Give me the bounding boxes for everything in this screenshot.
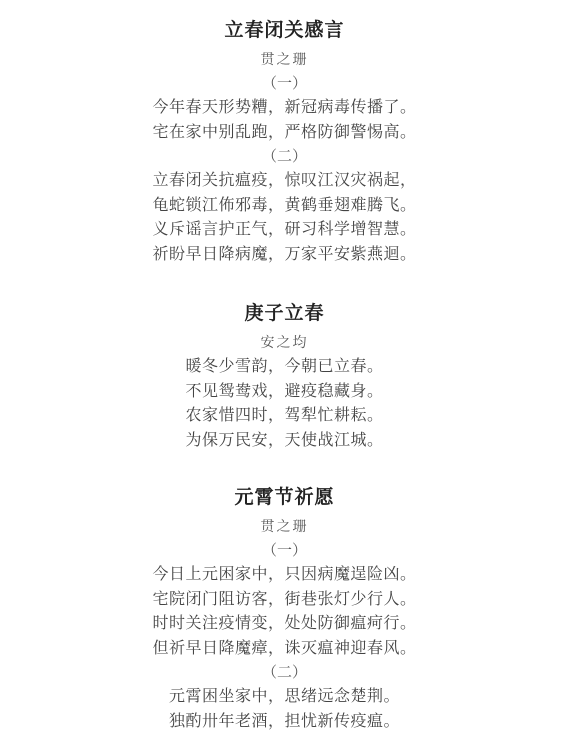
poem-line: 祈盼早日降病魔，万家平安紫燕迴。 bbox=[0, 242, 569, 267]
poem-line: 立春闭关抗瘟疫，惊叹江汉灾祸起， bbox=[0, 168, 569, 193]
poem-line: 时时关注疫情变，处处防御瘟疴行。 bbox=[0, 611, 569, 636]
poem-gengzi-lichun: 庚子立春 安之均 暖冬少雪韵，今朝已立春。 不见鸳鸯戏，避疫稳藏身。 农家惜四时… bbox=[0, 298, 569, 452]
section-label: （一） bbox=[0, 71, 569, 95]
poem-line: 农家惜四时，驾犁忙耕耘。 bbox=[0, 403, 569, 428]
poem-line: 暖冬少雪韵，今朝已立春。 bbox=[0, 354, 569, 379]
poem-line: 元霄困坐家中，思绪远念楚荆。 bbox=[0, 684, 569, 709]
poem-line: 宅在家中别乱跑，严格防御警惕高。 bbox=[0, 120, 569, 145]
poem-line: 宅院闭门阻访客，街巷张灯少行人。 bbox=[0, 587, 569, 612]
poem-line: 为保万民安，天使战江城。 bbox=[0, 428, 569, 453]
poem-line: 龟蛇锁江佈邪毒，黄鹤垂翅难腾飞。 bbox=[0, 193, 569, 218]
section-label: （二） bbox=[0, 660, 569, 684]
poem-line: 独酌卅年老酒，担忧新传疫瘟。 bbox=[0, 709, 569, 734]
poem-title: 元霄节祈愿 bbox=[0, 482, 569, 512]
poem-title: 庚子立春 bbox=[0, 298, 569, 328]
section-label: （二） bbox=[0, 144, 569, 168]
poem-yuanxiao-qiyuan: 元霄节祈愿 贯之珊 （一） 今日上元困家中，只因病魔逞险凶。 宅院闭门阻访客，街… bbox=[0, 482, 569, 733]
poem-line: 今日上元困家中，只因病魔逞险凶。 bbox=[0, 562, 569, 587]
poem-line: 不见鸳鸯戏，避疫稳藏身。 bbox=[0, 379, 569, 404]
poem-author: 贯之珊 bbox=[0, 516, 569, 538]
poem-line: 义斥谣言护正气，研习科学增智慧。 bbox=[0, 217, 569, 242]
poem-line: 但祈早日降魔瘴，诛灭瘟神迎春风。 bbox=[0, 636, 569, 661]
poem-author: 安之均 bbox=[0, 332, 569, 354]
poem-title: 立春闭关感言 bbox=[0, 15, 569, 45]
poem-author: 贯之珊 bbox=[0, 49, 569, 71]
section-label: （一） bbox=[0, 538, 569, 562]
poem-lichun-biguan: 立春闭关感言 贯之珊 （一） 今年春天形势糟，新冠病毒传播了。 宅在家中别乱跑，… bbox=[0, 15, 569, 266]
poem-line: 今年春天形势糟，新冠病毒传播了。 bbox=[0, 95, 569, 120]
